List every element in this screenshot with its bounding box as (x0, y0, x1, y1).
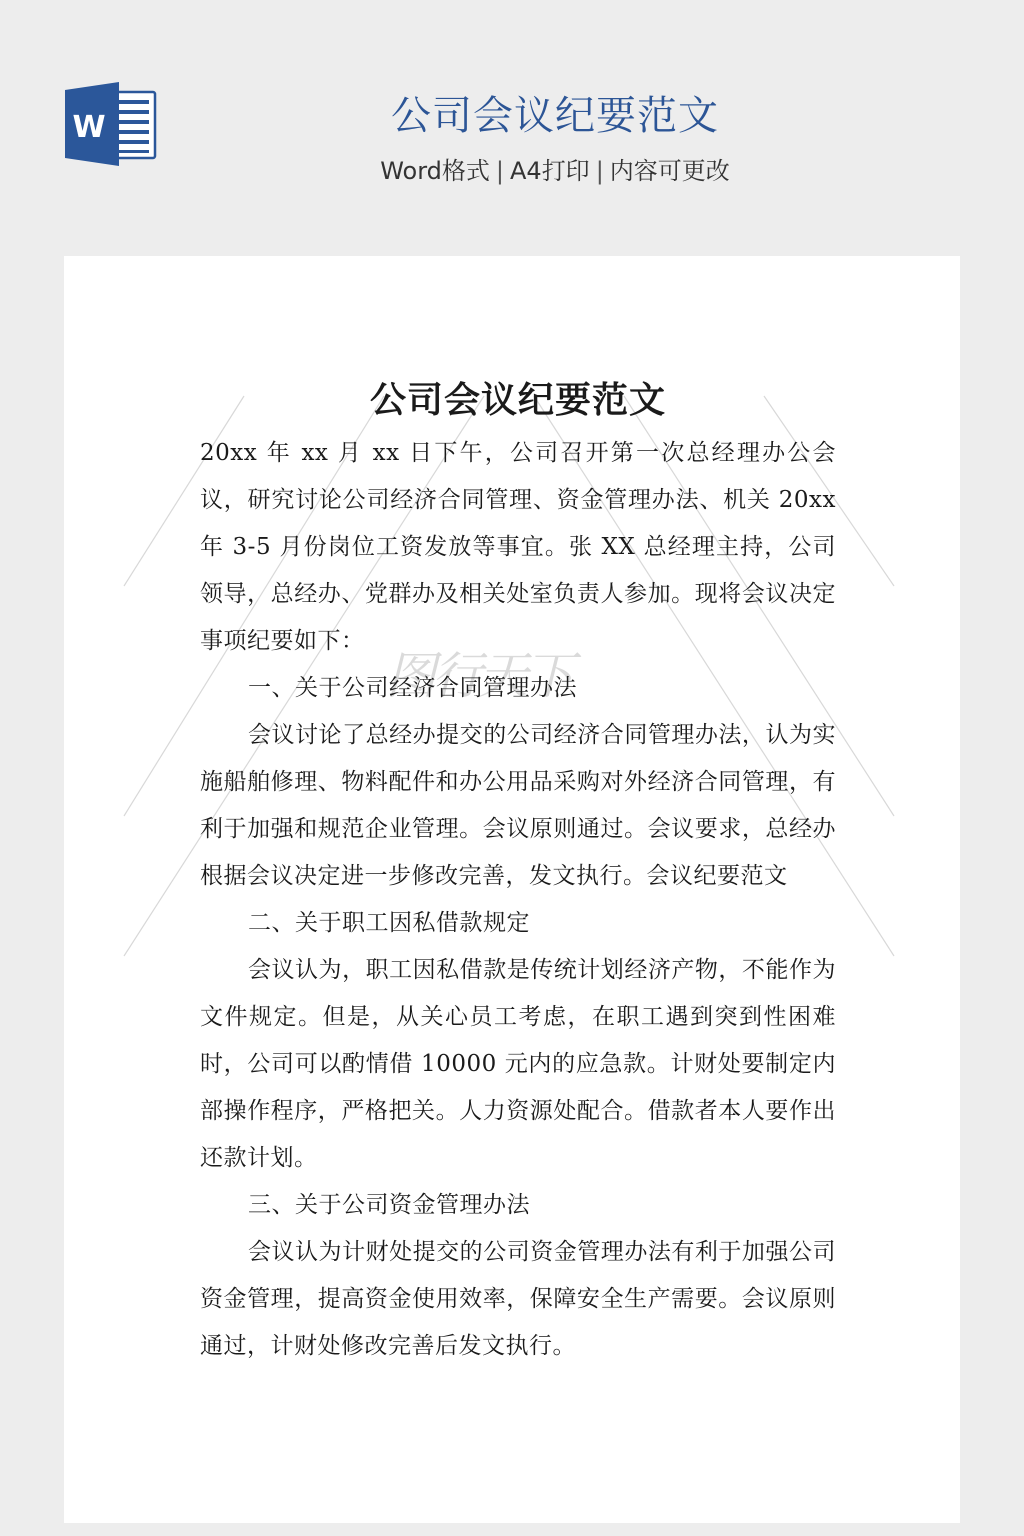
section-heading-1: 一、关于公司经济合同管理办法 (200, 665, 836, 712)
subtitle-separator: | (590, 157, 610, 185)
header-title: 公司会议纪要范文 (330, 90, 780, 142)
subtitle-format: Word格式 (380, 157, 490, 185)
svg-text:W: W (72, 110, 105, 145)
document-title: 公司会议纪要范文 (200, 372, 836, 428)
header-subtitle: Word格式|A4打印|内容可更改 (330, 154, 780, 188)
subtitle-separator: | (490, 157, 510, 185)
paragraph-section-1: 会议讨论了总经办提交的公司经济合同管理办法，认为实施船舶修理、物料配件和办公用品… (200, 712, 836, 900)
subtitle-print: A4打印 (510, 157, 590, 185)
section-heading-2: 二、关于职工因私借款规定 (200, 900, 836, 947)
subtitle-editable: 内容可更改 (610, 157, 730, 185)
section-heading-3: 三、关于公司资金管理办法 (200, 1182, 836, 1229)
document-body: 公司会议纪要范文 20xx 年 xx 月 xx 日下午，公司召开第一次总经理办公… (200, 372, 836, 1370)
document-page: 图行天下 公司会议纪要范文 20xx 年 xx 月 xx 日下午，公司召开第一次… (64, 256, 960, 1523)
paragraph-section-2: 会议认为，职工因私借款是传统计划经济产物，不能作为文件规定。但是，从关心员工考虑… (200, 947, 836, 1182)
word-document-icon: W (65, 82, 157, 166)
paragraph-intro: 20xx 年 xx 月 xx 日下午，公司召开第一次总经理办公会议，研究讨论公司… (200, 430, 836, 665)
paragraph-section-3: 会议认为计财处提交的公司资金管理办法有利于加强公司资金管理，提高资金使用效率，保… (200, 1229, 836, 1370)
